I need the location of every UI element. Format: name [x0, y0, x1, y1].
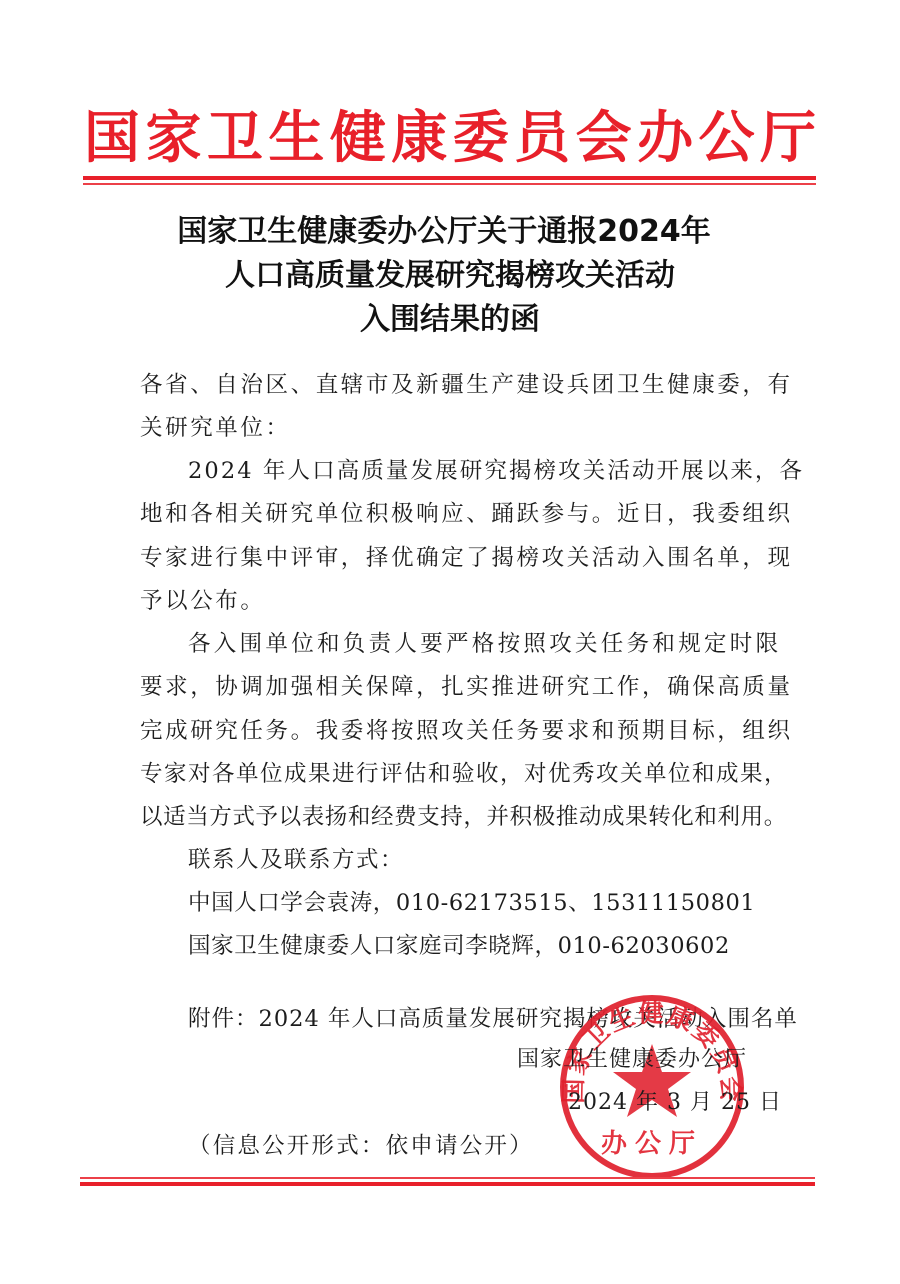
- masthead-char: 康: [391, 106, 447, 170]
- header-rule-thick: [83, 176, 816, 180]
- official-seal-icon: 国家卫生健康委员会 办公厅: [557, 992, 747, 1182]
- paragraph-2-line: 专家对各单位成果进行评估和验收，对优秀攻关单位和成果，: [140, 760, 788, 788]
- signature-date: 2024 年 3 月 25 日: [568, 1089, 782, 1117]
- paragraph-1-line: 专家进行集中评审，择优确定了揭榜攻关活动入围名单，现: [140, 544, 793, 572]
- disclosure-note: （信息公开形式：依申请公开）: [188, 1132, 534, 1160]
- paragraph-2-line: 各入围单位和负责人要严格按照攻关任务和规定时限: [188, 630, 781, 658]
- masthead-char: 办: [637, 106, 693, 170]
- masthead-char: 生: [268, 106, 324, 170]
- contacts-heading: 联系人及联系方式：: [188, 846, 404, 874]
- masthead-char: 公: [699, 106, 755, 170]
- salutation: 各省、自治区、直辖市及新疆生产建设兵团卫生健康委，有: [140, 371, 793, 399]
- masthead-char: 家: [145, 106, 201, 170]
- contact-item: 国家卫生健康委人口家庭司李晓辉，010-62030602: [188, 932, 730, 960]
- masthead-char: 委: [453, 106, 509, 170]
- paragraph-1-line: 予以公布。: [140, 587, 266, 615]
- header-rule-thin: [83, 183, 816, 185]
- title-line-1: 国家卫生健康委办公厅关于通报2024年: [0, 210, 900, 254]
- document-title: 国家卫生健康委办公厅关于通报2024年 人口高质量发展研究揭榜攻关活动 入围结果…: [0, 210, 900, 342]
- paragraph-2-line: 完成研究任务。我委将按照攻关任务要求和预期目标，组织: [140, 717, 793, 745]
- masthead-char: 厅: [760, 106, 816, 170]
- paragraph-2-line: 以适当方式予以表扬和经费支持，并积极推动成果转化和利用。: [140, 803, 787, 831]
- masthead-char: 员: [514, 106, 570, 170]
- masthead-char: 国: [84, 106, 140, 170]
- masthead-char: 卫: [207, 106, 263, 170]
- masthead: 国 家 卫 生 健 康 委 员 会 办 公 厅: [84, 106, 816, 170]
- paragraph-2-line: 要求，协调加强相关保障，扎实推进研究工作，确保高质量: [140, 673, 793, 701]
- masthead-char: 健: [330, 106, 386, 170]
- paragraph-1-line: 2024 年人口高质量发展研究揭榜攻关活动开展以来，各: [188, 457, 804, 485]
- paragraph-1-line: 地和各相关研究单位积极响应、踊跃参与。近日，我委组织: [140, 500, 793, 528]
- signature-org: 国家卫生健康委办公厅: [517, 1046, 747, 1074]
- title-line-3: 入围结果的函: [0, 298, 900, 342]
- contact-item: 中国人口学会袁涛，010-62173515、15311150801: [188, 889, 755, 917]
- title-line-2: 人口高质量发展研究揭榜攻关活动: [0, 254, 900, 298]
- footer-rule-thin: [80, 1177, 815, 1179]
- svg-text:办公厅: 办公厅: [601, 1129, 703, 1159]
- masthead-char: 会: [576, 106, 632, 170]
- footer-rule-thick: [80, 1182, 815, 1186]
- salutation-cont: 关研究单位：: [140, 414, 291, 442]
